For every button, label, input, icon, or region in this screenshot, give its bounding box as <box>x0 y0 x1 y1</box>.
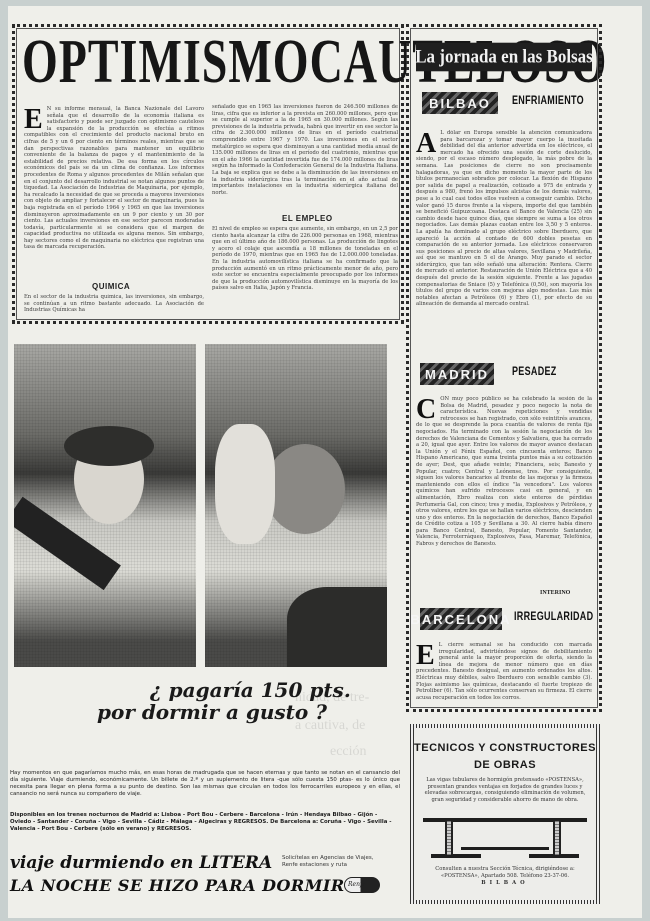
tecnicos-contact-line-2: «POSTENSA», Apartado 508. Teléfono 23-37… <box>418 873 592 880</box>
madrid-dropcap: C <box>416 398 436 422</box>
subhead-quimica: QUIMICA <box>92 282 130 291</box>
madrid-body: ON muy poco público se ha celebrado la s… <box>416 396 592 547</box>
tecnicos-contact-line-1: Consulten a nuestra Sección Técnica, dir… <box>418 866 592 873</box>
article-column-1: E N su informe mensual, la Banca Naziona… <box>24 106 204 256</box>
ad-routes-text: Disponibles en los trenes nocturnos de M… <box>10 812 400 833</box>
bolsas-section-title: La jornada en las Bolsas <box>416 43 592 72</box>
ad-body-text: Hay momentos en que pagaríamos mucho más… <box>10 770 400 798</box>
ad-question-line-2: por dormir a gusto ? <box>97 700 327 724</box>
photo-man-sleeping-right <box>205 344 387 667</box>
beam-illustration-icon <box>423 818 587 858</box>
bilbao-text: A L dólar en Europa sensible la atención… <box>416 130 592 352</box>
tecnicos-contact-city: BILBAO <box>418 880 592 887</box>
barcelona-text: E L cierre semanal se ha conducido con m… <box>416 642 592 708</box>
badge-bilbao: BILBAO <box>422 92 498 114</box>
photo-man-sleeping-left <box>14 344 196 667</box>
note-barcelona: IRREGULARIDAD <box>514 610 593 623</box>
tecnicos-ad-title: TECNICOS Y CONSTRUCTORES DE OBRAS <box>414 740 596 774</box>
tecnicos-title-line-1: TECNICOS Y CONSTRUCTORES <box>414 740 596 757</box>
subhead-empleo: EL EMPLEO <box>282 214 333 223</box>
ad-info-line-1: Solicítelas en Agencias de Viajes, <box>282 855 373 862</box>
quimica-text: En el sector de la industria química, la… <box>24 294 204 318</box>
ad-slogan-litera: viaje durmiendo en LITERA <box>10 853 272 873</box>
ad-slogan-noche: LA NOCHE SE HIZO PARA DORMIR <box>10 876 345 895</box>
ad-info-line-2: Renfe estaciones y ruta <box>282 862 373 869</box>
bilbao-dropcap: A <box>416 132 436 156</box>
article-headline: OPTIMISMO CAUTELOSO <box>22 32 398 110</box>
byline-interino: INTERINO <box>540 590 570 596</box>
barcelona-dropcap: E <box>416 644 435 668</box>
empleo-text: El nivel de empleo se espera que aumente… <box>212 226 398 318</box>
note-madrid: PESADEZ <box>512 365 557 378</box>
article-dropcap: E <box>24 108 43 132</box>
barcelona-body: L cierre semanal se ha conducido con mar… <box>416 642 592 701</box>
badge-barcelona: BARCELONA <box>420 608 502 630</box>
article-column-1-text: N su informe mensual, la Banca Nazionale… <box>24 106 204 250</box>
tecnicos-title-line-2: DE OBRAS <box>414 757 596 774</box>
note-bilbao: ENFRIAMIENTO <box>512 94 584 107</box>
bleed-through-text: ección <box>330 744 367 760</box>
headline-word-1: OPTIMISMO <box>22 32 310 110</box>
badge-madrid: MADRID <box>420 363 494 385</box>
ad-info: Solicítelas en Agencias de Viajes, Renfe… <box>282 855 373 869</box>
article-column-2: señalado que en 1965 las inversiones fue… <box>212 104 398 210</box>
bilbao-body: L dólar en Europa sensible la atención c… <box>416 130 592 307</box>
bleed-through-text: a cautiva, de <box>295 718 365 734</box>
renfe-logo-icon: Renfe <box>344 877 380 893</box>
bleed-through-text: nidad, de tre- <box>295 690 369 706</box>
madrid-text: C ON muy poco público se ha celebrado la… <box>416 396 592 586</box>
tecnicos-ad-text: Las vigas tubulares de hormigón pretensa… <box>420 777 590 803</box>
tecnicos-contact: Consulten a nuestra Sección Técnica, dir… <box>418 866 592 887</box>
